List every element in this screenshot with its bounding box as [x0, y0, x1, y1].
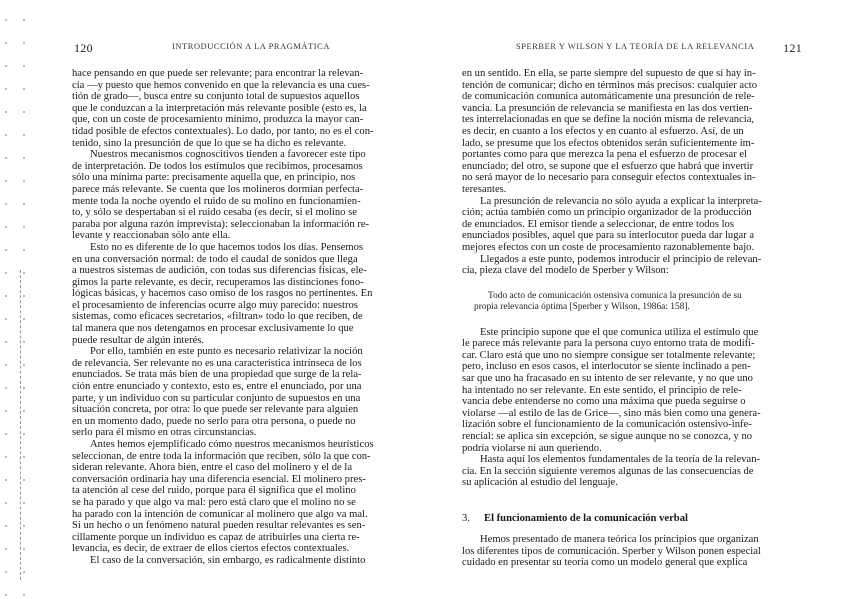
text-line: seleccionan, de entre toda la informació… [72, 451, 414, 463]
text-line: ha intentado no ser relevante. En este s… [462, 385, 804, 397]
text-line: tal manera que nos detengamos en procesa… [72, 323, 414, 335]
text-line: ta atención al cese del ruido, porque pa… [72, 485, 414, 497]
left-running-head: 120 Introducción a la pragmática [72, 42, 414, 56]
text-line: tión de grado—, busca entre su conjunto … [72, 91, 414, 103]
paragraphs-after-section: Hemos presentado de manera teórica los p… [462, 534, 804, 569]
text-line: lado, se presume que los efectos obtenid… [462, 138, 804, 150]
text-line: en una conversación normal: de todo el c… [72, 254, 414, 266]
scan-edge-line [20, 270, 22, 580]
text-line: violarse —al estilo de las de Grice—, si… [462, 408, 804, 420]
text-line: el procesamiento de inferencias ocurre a… [72, 300, 414, 312]
text-line: Por ello, también en este punto es neces… [72, 346, 414, 358]
text-line: Antes hemos ejemplificado cómo nuestros … [72, 439, 414, 451]
text-line: Este principio supone que el que comunic… [462, 327, 804, 339]
text-line: cia —y puesto que hemos convenido en que… [72, 80, 414, 92]
text-line: gimos la parte relevante, es decir, recu… [72, 277, 414, 289]
text-line: puede resultar de algún interés. [72, 335, 414, 347]
right-running-head: Sperber y Wilson y la teoría de la relev… [462, 42, 804, 56]
paragraphs-after-quote: Este principio supone que el que comunic… [462, 327, 804, 489]
text-line: ha parado con la intención de comunicar … [72, 509, 414, 521]
text-line: los diferentes tipos de comunicación. Sp… [462, 546, 804, 558]
text-line: ción; actúa también como un principio or… [462, 207, 804, 219]
text-line: sar que uno ha fracasado en su intento d… [462, 373, 804, 385]
text-line: enunciado; del otro, se supone que el es… [462, 161, 804, 173]
text-line: Todo acto de comunicación ostensiva comu… [474, 291, 804, 302]
text-line: Hasta aquí los elementos fundamentales d… [462, 454, 804, 466]
text-line: que, con un coste de procesamiento mínim… [72, 114, 414, 126]
text-line: to, y sólo se despertaban si el ruido ce… [72, 207, 414, 219]
text-line: sideran relevante. Ahora bien, entre el … [72, 462, 414, 474]
text-line: parte, y un individuo con su particular … [72, 393, 414, 405]
text-line: podría violarse ni aun queriendo. [462, 443, 804, 455]
text-line: de comunicación comunica automáticamente… [462, 91, 804, 103]
text-line: en un sentido. En ella, se parte siempre… [462, 68, 804, 80]
text-line: cuidado en presentar su teoría como un m… [462, 557, 804, 569]
text-line: Esto no es diferente de lo que hacemos t… [72, 242, 414, 254]
text-line: levante y reaccionaban sólo ante ella. [72, 230, 414, 242]
text-line: mejores efectos con un coste de procesam… [462, 242, 804, 254]
text-line: parece más relevante. Se cuenta que los … [72, 184, 414, 196]
text-line: ción entre enunciado y contexto, esto es… [72, 381, 414, 393]
left-page-body: hace pensando en que puede ser relevante… [72, 68, 414, 567]
running-head-title: Sperber y Wilson y la teoría de la relev… [516, 42, 754, 51]
running-head-title: Introducción a la pragmática [172, 42, 330, 51]
section-heading: 3.El funcionamiento de la comunicación v… [462, 513, 804, 526]
text-line: sistemas, como eficaces secretarios, «fi… [72, 311, 414, 323]
text-line: propia relevancia óptima [Sperber y Wils… [474, 302, 804, 313]
text-line: es decir, en cuanto a los efectos y en c… [462, 126, 804, 138]
scan-edge-noise [0, 0, 30, 599]
text-line: de interpretación. De todos los estímulo… [72, 161, 414, 173]
text-line: sólo una mínima parte: precisamente aque… [72, 172, 414, 184]
text-line: Nuestros mecanismos cognoscitivos tiende… [72, 149, 414, 161]
text-line: pero, incluso en esos casos, el interloc… [462, 361, 804, 373]
page-number: 121 [783, 41, 802, 56]
text-line: La presunción de relevancia no sólo ayud… [462, 196, 804, 208]
text-line: teresantes. [462, 184, 804, 196]
right-page-body: en un sentido. En ella, se parte siempre… [462, 68, 804, 569]
text-line: le parece más relevante para la persona … [462, 338, 804, 350]
section-number: 3. [462, 513, 484, 525]
text-line: enunciados. Se trata más bien de una pro… [72, 369, 414, 381]
text-line: El caso de la conversación, sin embargo,… [72, 555, 414, 567]
page-number: 120 [74, 41, 93, 56]
text-line: no será mayor de lo necesario para conse… [462, 172, 804, 184]
text-line: car. Claro está que uno no siempre consi… [462, 350, 804, 362]
text-line: lógicas básicas, y hacemos caso omiso de… [72, 288, 414, 300]
text-line: enunciados posibles, aquel que para su i… [462, 230, 804, 242]
text-line: tes interrelacionadas en que se define l… [462, 114, 804, 126]
text-line: serlo para él mismo en otras circunstanc… [72, 427, 414, 439]
text-line: cia, pieza clave del modelo de Sperber y… [462, 265, 804, 277]
text-line: tención de comunicar; dicho en términos … [462, 80, 804, 92]
text-line: que le conduzcan a la interpretación más… [72, 103, 414, 115]
text-line: de enunciados. El emisor tiende a selecc… [462, 219, 804, 231]
text-line: se ha parado y que algo va mal: pero est… [72, 497, 414, 509]
text-line: mente toda la noche oyendo el ruido de s… [72, 196, 414, 208]
text-line: paraba por alguna razón imprevista): sel… [72, 219, 414, 231]
text-line: de relevancia. Ser relevante no es una c… [72, 358, 414, 370]
text-line: hace pensando en que puede ser relevante… [72, 68, 414, 80]
text-line: tidad posible de efectos contextuales). … [72, 126, 414, 138]
text-line: su aplicación al estudio del lenguaje. [462, 477, 804, 489]
text-line: en un momento dado, puede no serlo para … [72, 416, 414, 428]
paragraphs-before-quote: en un sentido. En ella, se parte siempre… [462, 68, 804, 277]
text-line: vancia debe entenderse no como una máxim… [462, 396, 804, 408]
block-quote: Todo acto de comunicación ostensiva comu… [462, 291, 804, 313]
text-line: cia. En la sección siguiente veremos alg… [462, 466, 804, 478]
text-line: a nuestros sistemas de audición, con tod… [72, 265, 414, 277]
text-line: Hemos presentado de manera teórica los p… [462, 534, 804, 546]
text-line: cillamente porque un individuo es capaz … [72, 532, 414, 544]
text-line: vancia. La presunción de relevancia se m… [462, 103, 804, 115]
section-title: El funcionamiento de la comunicación ver… [484, 513, 688, 524]
text-line: situación concreta, por otra: lo que pue… [72, 404, 414, 416]
book-spread: 120 Introducción a la pragmática hace pe… [0, 0, 848, 599]
text-line: lización sobre el funcionamiento de la c… [462, 419, 804, 431]
text-line: rencial: se aplica sin excepción, se sig… [462, 431, 804, 443]
text-line: levancia, es decir, de extraer de ellos … [72, 543, 414, 555]
text-line: Si un hecho o un fenómeno natural pueden… [72, 520, 414, 532]
text-line: tenido, sino la presunción de que lo que… [72, 138, 414, 150]
text-line: Llegados a este punto, podemos introduci… [462, 254, 804, 266]
text-line: portantes como para que merezca la pena … [462, 149, 804, 161]
text-line: conversación ordinaria hay una diferenci… [72, 474, 414, 486]
